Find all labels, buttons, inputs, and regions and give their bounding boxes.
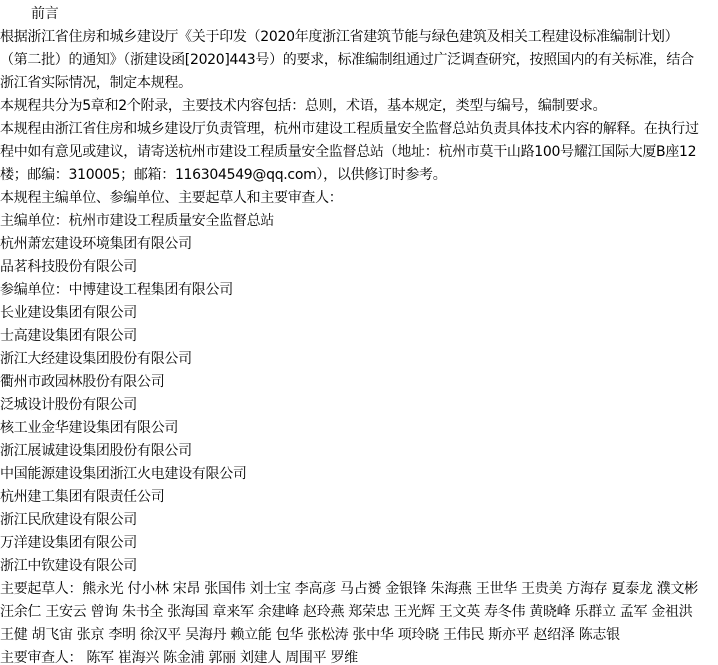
participating-unit-line: 参编单位：中博建设工程集团有限公司 bbox=[0, 279, 718, 302]
section-title: 前言 bbox=[0, 3, 718, 26]
participating-unit: 长业建设集团有限公司 bbox=[0, 302, 718, 325]
participating-unit: 万洋建设集团有限公司 bbox=[0, 532, 718, 555]
document-body: 前言 根据浙江省住房和城乡建设厅《关于印发（2020年度浙江省建筑节能与绿色建筑… bbox=[0, 0, 718, 665]
participating-unit: 中国能源建设集团浙江火电建设有限公司 bbox=[0, 463, 718, 486]
intro-line: （第二批）的通知》（浙建设函[2020]443号）的要求，标准编制组通过广泛调查… bbox=[0, 49, 718, 72]
intro-line: 楼；邮编：310005；邮箱：116304549@qq.com），以供修订时参考… bbox=[0, 164, 718, 187]
reviewers-line: 主要审查人： 陈军 崔海兴 陈金浦 郭丽 刘建人 周围平 罗维 bbox=[0, 647, 718, 665]
participating-unit: 核工业金华建设集团有限公司 bbox=[0, 417, 718, 440]
intro-line: 程中如有意见或建议，请寄送杭州市建设工程质量安全监督总站（地址：杭州市莫干山路1… bbox=[0, 141, 718, 164]
intro-line: 根据浙江省住房和城乡建设厅《关于印发（2020年度浙江省建筑节能与绿色建筑及相关… bbox=[0, 26, 718, 49]
participating-unit: 衢州市政园林股份有限公司 bbox=[0, 371, 718, 394]
participating-unit: 浙江民欣建设有限公司 bbox=[0, 509, 718, 532]
drafters-names: 王健 胡飞宙 张京 李明 徐汉平 吴海丹 赖立能 包华 张松涛 张中华 项玲晓 … bbox=[0, 624, 718, 647]
participating-unit: 浙江展诚建设集团股份有限公司 bbox=[0, 440, 718, 463]
reviewers-label: 主要审查人： bbox=[0, 650, 82, 665]
drafters-names: 熊永光 付小林 宋昂 张国伟 刘士宝 李高彦 马占赟 金银锋 朱海燕 王世华 王… bbox=[82, 581, 698, 597]
intro-line: 本规程由浙江省住房和城乡建设厅负责管理，杭州市建设工程质量安全监督总站负责具体技… bbox=[0, 118, 718, 141]
participating-unit: 中博建设工程集团有限公司 bbox=[69, 282, 233, 298]
participating-units-label: 参编单位： bbox=[0, 282, 69, 298]
chief-unit: 杭州萧宏建设环境集团有限公司 bbox=[0, 233, 718, 256]
participating-unit: 泛城设计股份有限公司 bbox=[0, 394, 718, 417]
chief-unit-line: 主编单位：杭州市建设工程质量安全监督总站 bbox=[0, 210, 718, 233]
intro-line: 浙江省实际情况，制定本规程。 bbox=[0, 72, 718, 95]
intro-line: 本规程共分为5章和2个附录，主要技术内容包括：总则，术语，基本规定，类型与编号，… bbox=[0, 95, 718, 118]
reviewers-names: 陈军 崔海兴 陈金浦 郭丽 刘建人 周围平 罗维 bbox=[86, 650, 358, 665]
participating-unit: 杭州建工集团有限责任公司 bbox=[0, 486, 718, 509]
chief-unit: 品茗科技股份有限公司 bbox=[0, 256, 718, 279]
drafters-label: 主要起草人： bbox=[0, 581, 82, 597]
drafters-names: 汪余仁 王安云 曾询 朱书全 张海国 章来军 余建峰 赵玲燕 郑荣忠 王光辉 王… bbox=[0, 601, 718, 624]
intro-line: 本规程主编单位、参编单位、主要起草人和主要审查人： bbox=[0, 187, 718, 210]
participating-unit: 浙江中钦建设有限公司 bbox=[0, 555, 718, 578]
chief-units-label: 主编单位： bbox=[0, 213, 69, 229]
participating-unit: 浙江大经建设集团股份有限公司 bbox=[0, 348, 718, 371]
participating-unit: 士高建设集团有限公司 bbox=[0, 325, 718, 348]
chief-unit: 杭州市建设工程质量安全监督总站 bbox=[69, 213, 275, 229]
drafters-line: 主要起草人：熊永光 付小林 宋昂 张国伟 刘士宝 李高彦 马占赟 金银锋 朱海燕… bbox=[0, 578, 718, 601]
